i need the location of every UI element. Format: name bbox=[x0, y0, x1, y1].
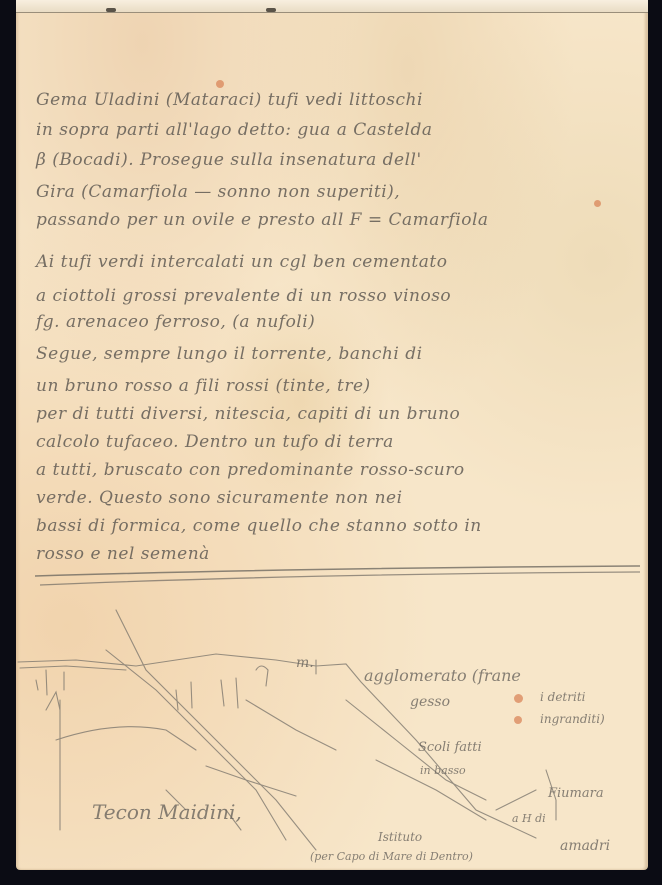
place-caption: (per Capo di Mare di Dentro) bbox=[310, 850, 473, 863]
text-line: Gema Uladini (Mataraci) tufi vedi littos… bbox=[36, 90, 636, 110]
sketch-note: gesso bbox=[410, 694, 450, 710]
sketch-note: ingranditi) bbox=[540, 712, 605, 726]
text-line: Gira (Camarfiola — sonno non superiti), bbox=[36, 182, 636, 202]
landscape-sketch bbox=[16, 590, 648, 870]
rust-stain bbox=[216, 80, 224, 88]
text-line: passando per un ovile e presto all F = C… bbox=[36, 210, 636, 230]
text-line: calcolo tufaceo. Dentro un tufo di terra bbox=[36, 432, 636, 452]
slope-note: Scoli fatti bbox=[418, 740, 482, 755]
text-line: in sopra parti all'lago detto: gua a Cas… bbox=[36, 120, 636, 140]
binding-hole bbox=[106, 8, 116, 12]
notebook-binding bbox=[16, 0, 648, 13]
peak-mark-label: m. bbox=[296, 655, 314, 671]
text-line: Segue, sempre lungo il torrente, banchi … bbox=[36, 344, 636, 364]
binding-hole bbox=[266, 8, 276, 12]
place-caption: Istituto bbox=[378, 830, 422, 844]
text-line: a ciottoli grossi prevalente di un rosso… bbox=[36, 286, 636, 306]
text-line: a tutti, bruscato con predominante rosso… bbox=[36, 460, 636, 480]
river-label: a H di bbox=[512, 812, 546, 825]
river-label: amadri bbox=[560, 838, 610, 854]
river-label: Fiumara bbox=[548, 786, 604, 801]
slope-note: in basso bbox=[420, 764, 466, 777]
text-line: un bruno rosso a fili rossi (tinte, tre) bbox=[36, 376, 636, 396]
text-line: bassi di formica, come quello che stanno… bbox=[36, 516, 636, 536]
text-line: Ai tufi verdi intercalati un cgl ben cem… bbox=[36, 252, 636, 272]
text-line: fg. arenaceo ferroso, (a nufoli) bbox=[36, 312, 636, 332]
place-caption: Tecon Maidini, bbox=[92, 800, 242, 824]
sketch-note: i detriti bbox=[540, 690, 586, 704]
text-line: verde. Questo sono sicuramente non nei bbox=[36, 488, 636, 508]
text-line: per di tutti diversi, nitescia, capiti d… bbox=[36, 404, 636, 424]
text-line: β (Bocadi). Prosegue sulla insenatura de… bbox=[36, 150, 636, 170]
sketch-note: agglomerato (frane bbox=[364, 666, 521, 685]
